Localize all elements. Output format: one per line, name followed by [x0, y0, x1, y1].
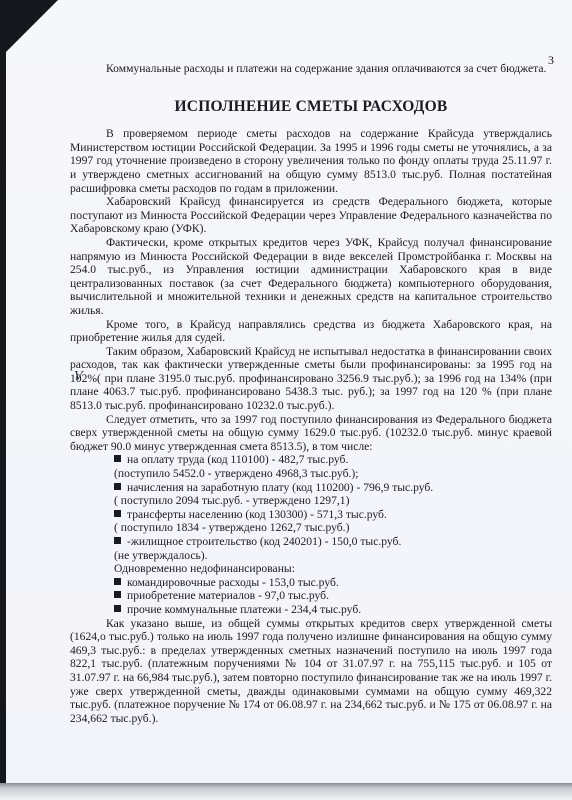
bullet-square-icon: [114, 455, 121, 462]
list-item-note: ( поступило 2094 тыс.руб. - утверждено 1…: [114, 494, 552, 508]
paragraph-overfunding: Следует отметить, что за 1997 год поступ…: [70, 413, 552, 454]
section-title: ИСПОЛНЕНИЕ СМЕТЫ РАСХОДОВ: [70, 100, 552, 114]
list-item: прочие коммунальные платежи - 234,4 тыс.…: [114, 603, 552, 617]
paragraph-regional-budget: Кроме того, в Крайсуд направлялись средс…: [70, 318, 552, 345]
paragraph-direct-funding: Фактически, кроме открытых кредитов чере…: [70, 236, 552, 318]
overfunded-list: на оплату труда (код 110100) - 482,7 тыс…: [70, 453, 552, 616]
list-item-note: (поступило 5452.0 - утверждено 4968,3 ты…: [114, 467, 552, 481]
bullet-square-icon: [114, 510, 121, 517]
list-item: приобретение материалов - 97,0 тыс.руб.: [114, 589, 552, 603]
scan-left-edge: [0, 0, 6, 800]
list-item: командировочные расходы - 153,0 тыс.руб.: [114, 576, 552, 590]
document-body: Коммунальные расходы и платежи на содерж…: [70, 62, 552, 725]
intro-paragraph: Коммунальные расходы и платежи на содерж…: [70, 62, 552, 76]
paragraph-funding-source: Хабаровский Крайсуд финансируется из сре…: [70, 195, 552, 236]
bullet-square-icon: [114, 483, 121, 490]
paragraph-funding-summary: Таким образом, Хабаровский Крайсуд не ис…: [70, 345, 552, 413]
list-item-note: (не утверждалось).: [114, 549, 552, 563]
list-item: трансферты населению (код 130300) - 571,…: [114, 508, 552, 522]
bullet-square-icon: [114, 591, 121, 598]
bullet-square-icon: [114, 537, 121, 544]
scan-corner-shadow: [0, 0, 58, 58]
paragraph-estimates: В проверяемом периоде сметы расходов на …: [70, 127, 552, 195]
list-item: на оплату труда (код 110100) - 482,7 тыс…: [114, 453, 552, 467]
underfunded-heading: Одновременно недофинансированы:: [114, 562, 552, 576]
scan-bottom-edge: [0, 783, 572, 800]
list-item: начисления на заработную плату (код 1102…: [114, 481, 552, 495]
list-item-note: ( поступило 1834 - утверждено 1262,7 тыс…: [114, 521, 552, 535]
bullet-square-icon: [114, 578, 121, 585]
paragraph-closing: Как указано выше, из общей суммы открыты…: [70, 617, 552, 726]
bullet-square-icon: [114, 605, 121, 612]
list-item: -жилищное строительство (код 240201) - 1…: [114, 535, 552, 549]
